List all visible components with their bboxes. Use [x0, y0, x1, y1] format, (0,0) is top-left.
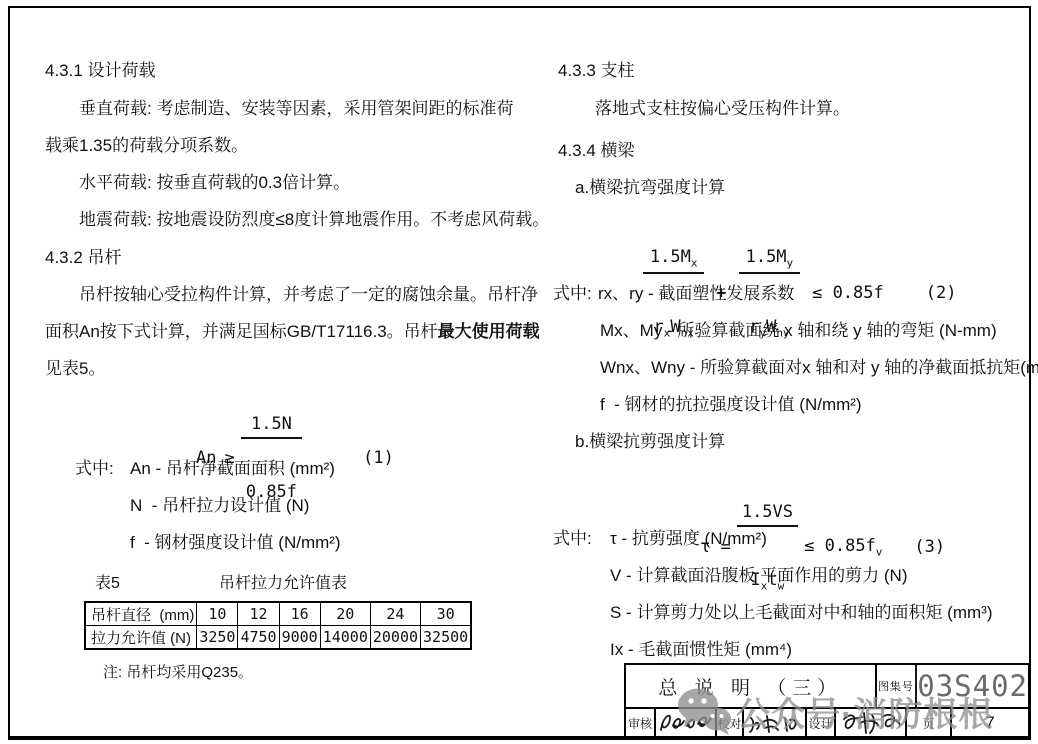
atlas-number-label: 图集号 — [875, 665, 916, 707]
formula-1-numerator: 1.5N — [241, 414, 302, 439]
item-b-shear: b.横梁抗剪强度计算 — [575, 431, 725, 453]
paragraph-hanger-2-normal: 面积An按下式计算，并满足国标GB/T17116.3。吊杆 — [45, 322, 438, 341]
check-signature — [742, 709, 805, 737]
signature-scribble — [657, 710, 715, 736]
where-3-line-s: S - 计算剪力处以上毛截面对中和轴的面积矩 (mm³) — [610, 602, 992, 624]
formula-3-number: (3) — [914, 537, 945, 557]
heading-4-3-3: 4.3.3 支柱 — [558, 60, 635, 82]
heading-4-3-4: 4.3.4 横梁 — [558, 140, 635, 162]
where-2-line-f: f - 钢材的抗拉强度设计值 (N/mm²) — [600, 394, 862, 416]
paragraph-hanger-3: 见表5。 — [45, 358, 105, 380]
where-2-line-modulus: Wnx、Wny - 所验算截面对x 轴和对 y 轴的净截面抵抗矩(mm³) — [600, 357, 1038, 379]
where-1-line-f: f - 钢材强度设计值 (N/mm²) — [130, 532, 341, 554]
where-3-line-ix: Ix - 毛截面惯性矩 (mm⁴) — [610, 639, 792, 661]
heading-4-3-1: 4.3.1 设计荷载 — [45, 60, 156, 82]
design-label: 设计 — [805, 709, 834, 737]
signature-scribble — [745, 710, 805, 736]
table5-note: 注: 吊杆均采用Q235。 — [103, 662, 253, 684]
formula-2-numerator-x: 1.5Mx — [643, 247, 704, 274]
page-label: 页 — [905, 709, 950, 737]
formula-2-number: (2) — [926, 283, 957, 303]
check-label: 校对 — [715, 709, 742, 737]
table-cell: 4750 — [238, 626, 279, 650]
table-cell: 3250 — [197, 626, 238, 650]
formula-3-numerator: 1.5VS — [737, 502, 798, 527]
table-cell: 20 — [320, 602, 370, 626]
table-cell: 24 — [370, 602, 420, 626]
where-label-2: 式中: — [553, 283, 592, 305]
where-2-line-gamma: rx、ry - 截面塑性发展系数 — [598, 283, 794, 305]
document-page: 4.3.1 设计荷载 垂直荷载: 考虑制造、安装等因素，采用管架间距的标准荷 载… — [0, 0, 1038, 744]
formula-2-numerator-y: 1.5My — [739, 247, 800, 274]
paragraph-seismic-load: 地震荷载: 按地震设防烈度≤8度计算地震作用。不考虑风荷载。 — [79, 209, 549, 231]
formula-2-comparator: ≤ 0.85f — [812, 283, 884, 303]
table-cell: 10 — [197, 602, 238, 626]
table-cell: 9000 — [279, 626, 320, 650]
table5-title: 吊杆拉力允许值表 — [84, 570, 452, 593]
table-cell: 32500 — [421, 626, 472, 650]
audit-signature — [654, 709, 715, 737]
table5-diameter-label: 吊杆直径 (mm) — [85, 602, 197, 626]
formula-3-comparator: ≤ 0.85fv — [804, 536, 882, 558]
paragraph-vertical-load-2: 载乘1.35的荷载分项系数。 — [45, 135, 248, 157]
audit-label: 审核 — [626, 709, 654, 737]
where-1-line-n: N - 吊杆拉力设计值 (N) — [130, 495, 309, 517]
where-2-line-moment: Mx、My - 所验算截面绕 x 轴和绕 y 轴的弯矩 (N-mm) — [600, 320, 997, 342]
table-cell: 16 — [279, 602, 320, 626]
page-number: 7 — [950, 709, 1028, 737]
hanger-tension-table: 吊杆直径 (mm) 10 12 16 20 24 30 拉力允许值 (N) 32… — [84, 601, 472, 650]
table-cell: 12 — [238, 602, 279, 626]
signature-scribble — [838, 709, 904, 737]
table-row: 吊杆直径 (mm) 10 12 16 20 24 30 — [85, 602, 471, 626]
where-1-line-an: An - 吊杆净截面面积 (mm²) — [130, 458, 335, 480]
drawing-title: 总 说 明 （三） — [626, 665, 875, 707]
atlas-number-value: 03S402 — [915, 665, 1028, 707]
formula-1-number: (1) — [363, 448, 394, 468]
table5-caption: 表5 吊杆拉力允许值表 — [84, 570, 452, 593]
paragraph-vertical-load-1: 垂直荷载: 考虑制造、安装等因素，采用管架间距的标准荷 — [79, 98, 513, 120]
table-cell: 30 — [421, 602, 472, 626]
table-cell: 20000 — [370, 626, 420, 650]
item-a-bending: a.横梁抗弯强度计算 — [575, 177, 725, 199]
heading-4-3-2: 4.3.2 吊杆 — [45, 247, 122, 269]
paragraph-hanger-1: 吊杆按轴心受拉构件计算，并考虑了一定的腐蚀余量。吊杆净 — [79, 284, 538, 306]
table5-number: 表5 — [95, 570, 120, 593]
title-block: 总 说 明 （三） 图集号 03S402 审核 校对 设计 — [624, 663, 1030, 739]
paragraph-hanger-2-bold: 最大使用荷载 — [438, 322, 540, 341]
title-block-row-bottom: 审核 校对 设计 页 7 — [626, 709, 1028, 737]
paragraph-column: 落地式支柱按偏心受压构件计算。 — [595, 98, 850, 120]
table-cell: 14000 — [320, 626, 370, 650]
table5-force-label: 拉力允许值 (N) — [85, 626, 197, 650]
where-label-1: 式中: — [75, 458, 114, 480]
design-signature — [834, 709, 905, 737]
where-3-line-v: V - 计算截面沿腹板 平面作用的剪力 (N) — [610, 565, 908, 587]
paragraph-horizontal-load: 水平荷载: 按垂直荷载的0.3倍计算。 — [79, 172, 350, 194]
paragraph-hanger-2: 面积An按下式计算，并满足国标GB/T17116.3。吊杆最大使用荷载 — [45, 321, 540, 343]
table-row: 拉力允许值 (N) 3250 4750 9000 14000 20000 325… — [85, 626, 471, 650]
where-label-3: 式中: — [553, 528, 592, 550]
title-block-row-top: 总 说 明 （三） 图集号 03S402 — [626, 665, 1028, 709]
where-3-line-tau: τ - 抗剪强度 (N/mm²) — [610, 528, 767, 550]
